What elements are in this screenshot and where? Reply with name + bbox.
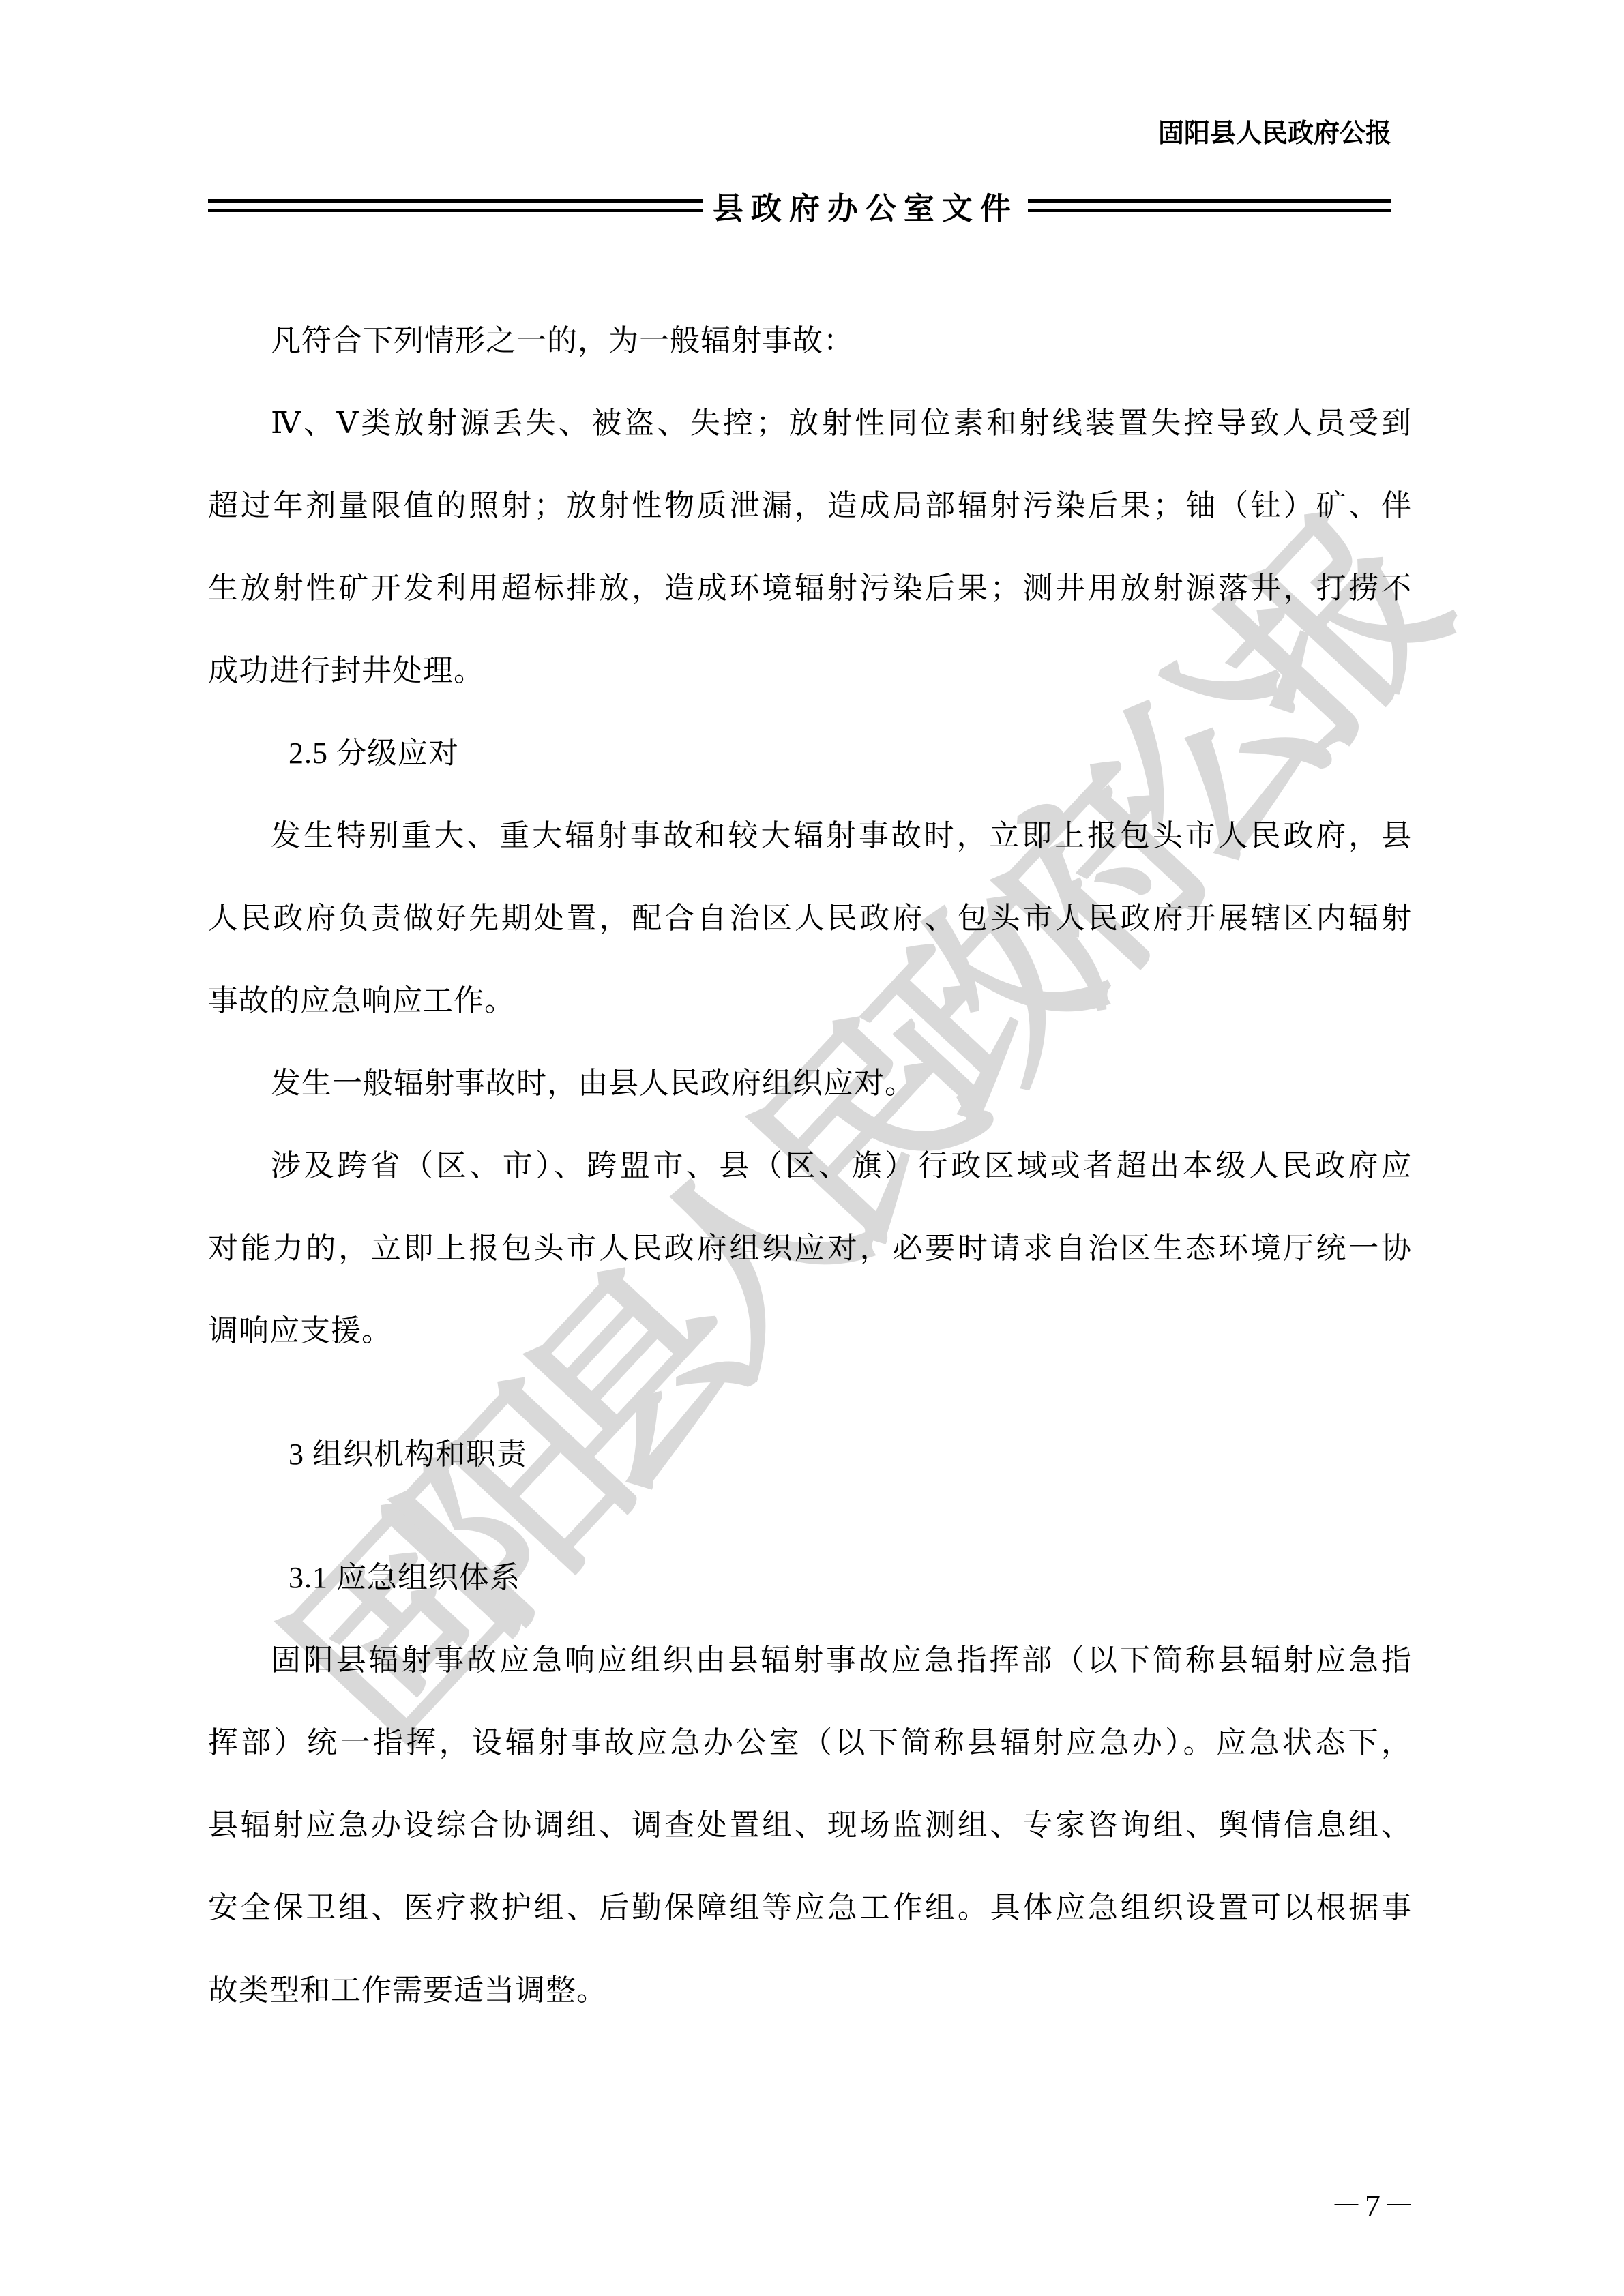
body-line: 凡符合下列情形之一的，为一般辐射事故： bbox=[208, 299, 1412, 382]
body-line: 挥部）统一指挥，设辐射事故应急办公室（以下简称县辐射应急办）。应急状态下， bbox=[208, 1701, 1412, 1784]
body-line: 安全保卫组、医疗救护组、后勤保障组等应急工作组。具体应急组织设置可以根据事 bbox=[208, 1866, 1412, 1949]
body-line: 发生一般辐射事故时，由县人民政府组织应对。 bbox=[208, 1042, 1412, 1124]
divider-label: 县政府办公室文件 bbox=[713, 183, 1018, 228]
page-number: －7－ bbox=[1331, 2186, 1417, 2226]
body-line: 超过年剂量限值的照射；放射性物质泄漏，造成局部辐射污染后果；铀（钍）矿、伴 bbox=[208, 464, 1412, 547]
body-line: 发生特别重大、重大辐射事故和较大辐射事故时，立即上报包头市人民政府，县 bbox=[208, 794, 1412, 877]
gazette-title: 固阳县人民政府公报 bbox=[1158, 116, 1391, 151]
body-line: 人民政府负责做好先期处置，配合自治区人民政府、包头市人民政府开展辖区内辐射 bbox=[208, 877, 1412, 959]
body-line: 对能力的，立即上报包头市人民政府组织应对，必要时请求自治区生态环境厅统一协 bbox=[208, 1207, 1412, 1289]
body-line: 县辐射应急办设综合协调组、调查处置组、现场监测组、专家咨询组、舆情信息组、 bbox=[208, 1784, 1412, 1866]
body-heading: 3 组织机构和职责 bbox=[208, 1413, 1412, 1495]
divider-double-rule-left bbox=[208, 199, 703, 212]
divider-double-rule-right bbox=[1028, 199, 1391, 212]
body-line: 涉及跨省（区、市）、跨盟市、县（区、旗）行政区域或者超出本级人民政府应 bbox=[208, 1124, 1412, 1207]
document-page: 固阳县人民政府公报 固阳县人民政府公报 县政府办公室文件 凡符合下列情形之一的，… bbox=[0, 0, 1624, 2296]
body-heading: 2.5 分级应对 bbox=[208, 712, 1412, 794]
body-line: 生放射性矿开发利用超标排放，造成环境辐射污染后果；测井用放射源落井，打捞不 bbox=[208, 547, 1412, 629]
body-heading: 3.1 应急组织体系 bbox=[208, 1536, 1412, 1619]
body-line: 固阳县辐射事故应急响应组织由县辐射事故应急指挥部（以下简称县辐射应急指 bbox=[208, 1619, 1412, 1701]
document-body: 凡符合下列情形之一的，为一般辐射事故： Ⅳ、Ⅴ类放射源丢失、被盗、失控；放射性同… bbox=[208, 299, 1412, 2031]
section-divider: 县政府办公室文件 bbox=[208, 181, 1391, 229]
body-line: 故类型和工作需要适当调整。 bbox=[208, 1949, 1412, 2031]
body-line: Ⅳ、Ⅴ类放射源丢失、被盗、失控；放射性同位素和射线装置失控导致人员受到 bbox=[208, 382, 1412, 464]
body-line: 成功进行封井处理。 bbox=[208, 629, 1412, 712]
body-line: 调响应支援。 bbox=[208, 1289, 1412, 1372]
body-line: 事故的应急响应工作。 bbox=[208, 959, 1412, 1042]
